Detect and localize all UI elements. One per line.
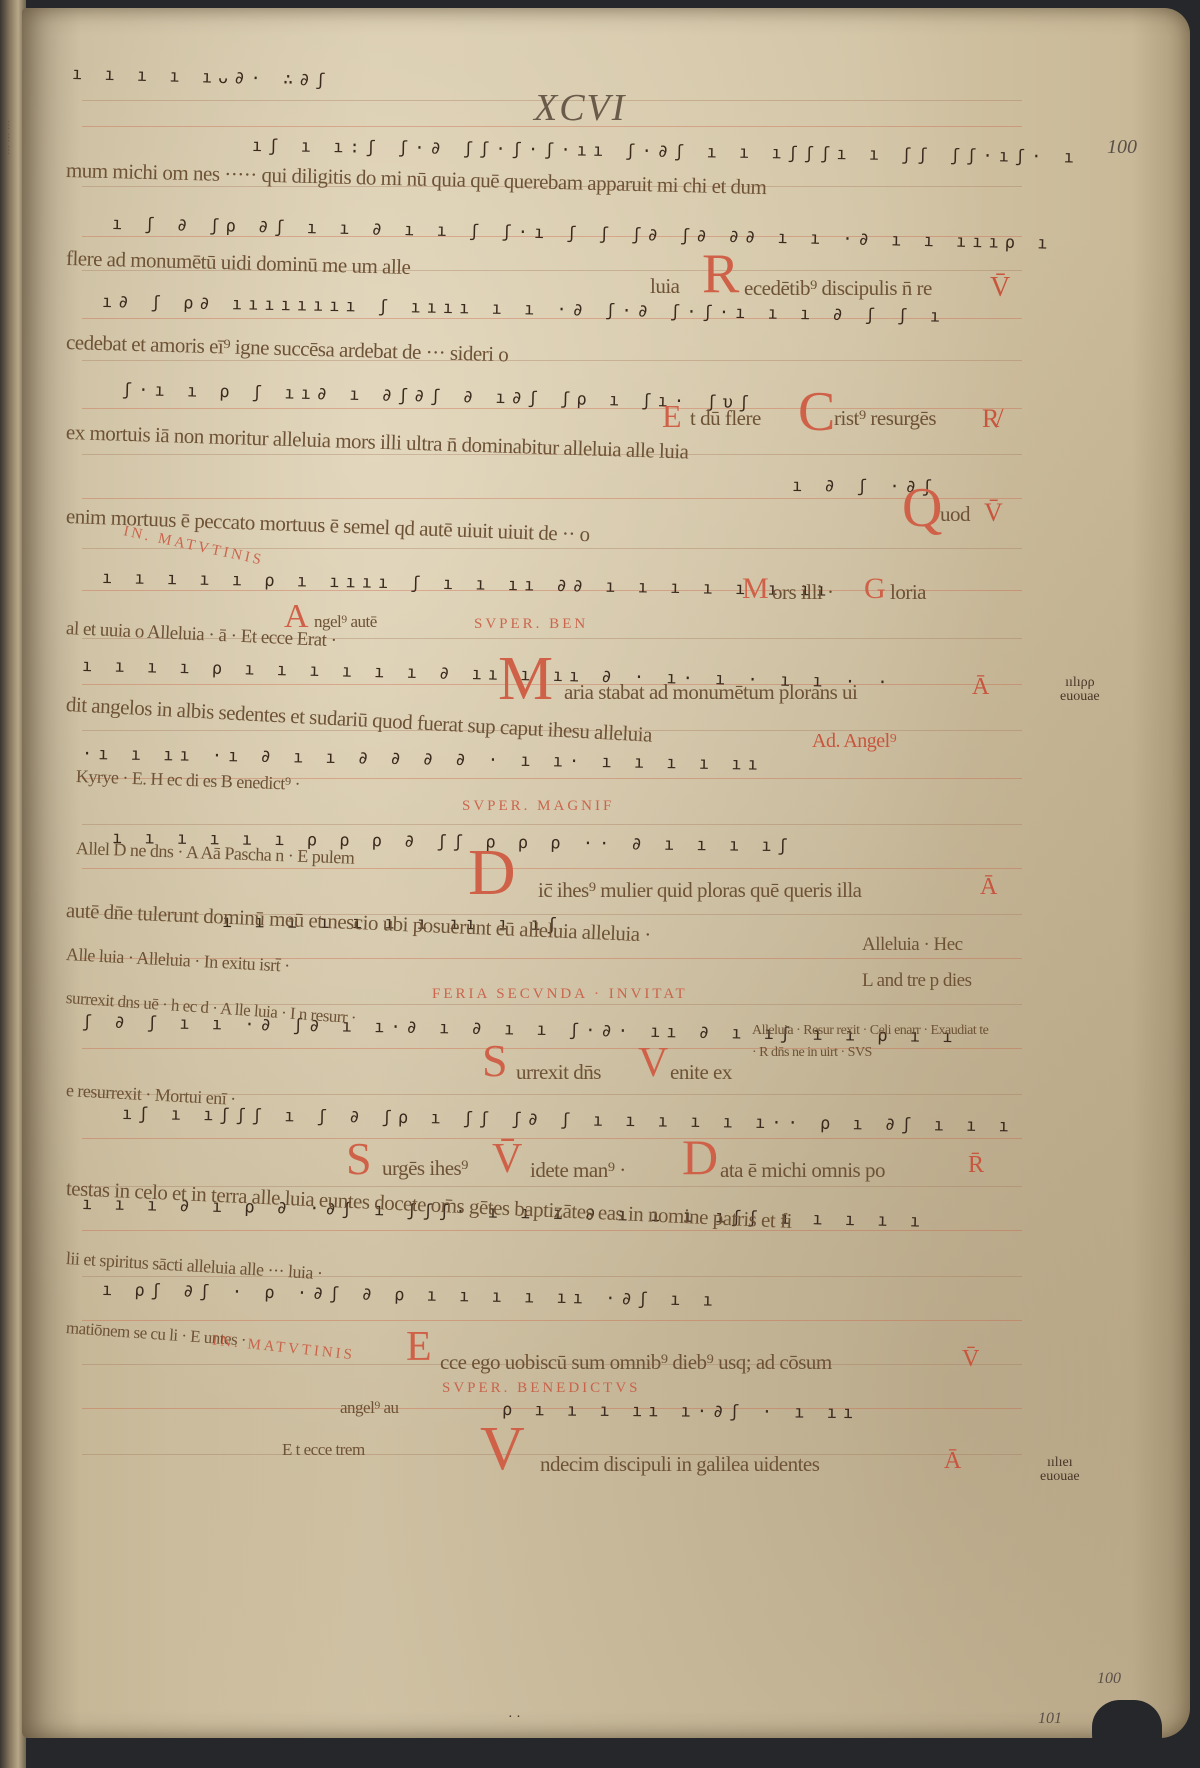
chant-text-line: flere ad monumētū uidi dominū me um alle — [66, 246, 411, 280]
chant-text-fragment: aria stabat ad monumētum plorans ui — [564, 680, 857, 705]
ruling — [82, 498, 1022, 499]
chant-text-fragment: E t ecce trem — [282, 1440, 365, 1460]
chant-text-fragment: luia — [650, 274, 680, 299]
rubricated-initial: G — [864, 574, 886, 604]
evovae-neumes: ıılıρρ — [1060, 676, 1100, 690]
chant-text-fragment: urrexit dn̄s — [516, 1060, 601, 1085]
neume-row: ıʃ ı ı:ʃ ʃ·∂ ʃʃ·ʃ·ʃ·ıı ʃ·∂ʃ ı ı ıʃʃʃı ı … — [252, 136, 1080, 168]
rubric-heading: FERIA SECVNDA · INVITAT — [432, 986, 688, 1003]
manuscript-folio: XCVI 100 100 101 ıılıρρ euouae ıılıeı eu… — [22, 8, 1190, 1738]
neume-row: ı ı ı ı ı ρ ı ıııı ʃ ı ı ıı ∂∂ ı ı ı ı ı… — [102, 568, 833, 601]
rubricated-initial-m: M — [742, 574, 769, 604]
ruling — [82, 360, 1022, 361]
evovae-text: euouae — [1040, 1470, 1080, 1484]
chant-text-fragment: cce ego uobiscū sum omnib⁹ dieb⁹ usq; ad… — [440, 1350, 832, 1375]
chant-text-line: e resurrexit · Mortui enī · — [65, 1080, 236, 1110]
rubric-cue: Ad. Angel⁹ — [812, 730, 896, 753]
rubricated-initial: V — [638, 1042, 668, 1084]
versicle-mark: V̄ — [990, 272, 1010, 304]
chant-text-fragment: uod — [940, 502, 970, 527]
chant-text-fragment: idete man⁹ · — [530, 1158, 626, 1183]
ruling — [82, 824, 1022, 825]
rubricated-initial: D — [468, 840, 516, 906]
neume-row: ıʃ ı ıʃʃʃ ı ʃ ∂ ʃρ ı ʃʃ ʃ∂ ʃ ı ı ı ı ı ı… — [122, 1104, 1015, 1136]
rubricated-initial-e: E — [662, 400, 682, 432]
rubric-heading: SVPER. MAGNIF — [462, 798, 614, 815]
chant-text-fragment: L and tre p dies — [862, 970, 971, 992]
chant-text-line: Alle luia · Alleluia · In exitu isrt̄ · — [65, 944, 290, 977]
responsory-mark: R̸ — [982, 404, 999, 434]
chant-text-fragment: ecedētib⁹ discipulis n̄ re — [744, 276, 932, 301]
ruling — [82, 1138, 1022, 1139]
chant-text-fragment: t dū flere — [690, 406, 761, 431]
rubricated-initial: V̄ — [492, 1138, 522, 1180]
evovae-neumes: ıılıeı — [1040, 1456, 1080, 1470]
ruling — [82, 868, 1022, 869]
antiphon-mark: Ā — [980, 874, 997, 901]
rubricated-initial: C — [798, 384, 835, 440]
chant-text-line: lii et spiritus sācti alleluia alle ··· … — [65, 1248, 323, 1284]
neume-row: ı ρʃ ∂ʃ · ρ ·∂ʃ ∂ ρ ı ı ı ı ıı ·∂ʃ ı ı — [102, 1280, 719, 1311]
chant-text-cues: Alleluia · Resur rexit · Celi enarr · Ex… — [752, 1020, 992, 1064]
chant-text-fragment: ic̄ ihes⁹ mulier quid ploras quē queris … — [538, 878, 862, 903]
neume-row: ρ ı ı ı ıı ı·∂ʃ · ı ıı — [502, 1400, 859, 1423]
versicle-mark: V̄ — [984, 498, 1002, 528]
rubric-heading: SVPER. BEN — [474, 616, 588, 633]
pencil-folio-number-bottom-alt: 101 — [1038, 1710, 1062, 1728]
antiphon-mark: Ā — [944, 1448, 961, 1475]
evovae-text: euouae — [1060, 690, 1100, 704]
roman-folio-number: XCVI — [534, 86, 626, 130]
responsory-mark: R̄ — [968, 1152, 984, 1179]
chant-text-line: mum michi om nes ····· qui diligitis do … — [66, 158, 767, 200]
chant-text-line: autē dn̄e tulerunt dominū meū et nescio … — [65, 898, 651, 947]
chant-text-fragment: urgēs ihes⁹ — [382, 1156, 468, 1181]
chant-text-fragment: angel⁹ au — [340, 1398, 399, 1418]
rubricated-initial: M — [498, 648, 553, 710]
rubricated-initial: S — [482, 1038, 508, 1084]
chant-text-fragment: ndecim discipuli in galilea uidentes — [540, 1452, 819, 1477]
evovae-note: ıılıρρ euouae — [1060, 676, 1100, 704]
rubric-heading: SVPER. BENEDICTVS — [442, 1380, 641, 1397]
chant-text-line: ex mortuis iā non moritur alleluia mors … — [66, 420, 689, 465]
rubricated-initial: Q — [902, 480, 942, 536]
chant-text-fragment: loria — [890, 580, 926, 605]
torn-corner — [1092, 1700, 1162, 1768]
neume-row: ı ı ı ı ıᴗ∂· ∴∂ʃ — [72, 64, 332, 91]
ink-specks: · · — [508, 1710, 521, 1726]
facing-page-text: ··· ··· ··· — [4, 120, 18, 155]
antiphon-mark: Ā — [972, 674, 989, 701]
evovae-note: ıılıeı euouae — [1040, 1456, 1080, 1484]
rubricated-initial: E — [406, 1326, 432, 1368]
chant-text-fragment: Alleluia · Hec — [862, 934, 963, 956]
versicle-mark: V̄ — [962, 1346, 979, 1373]
chant-text-fragment: rist⁹ resurgēs — [834, 406, 936, 431]
neume-row: ı ʃ ∂ ʃρ ∂ʃ ı ı ∂ ı ı ʃ ʃ·ı ʃ ʃ ʃ∂ ʃ∂ ∂∂… — [112, 214, 1054, 254]
chant-text-line: Kyrye · E. H ec di es B enedict⁹ · — [76, 766, 301, 795]
rubric-heading: IN. MATVTINIS — [212, 1333, 356, 1365]
pencil-folio-number-bottom: 100 — [1097, 1670, 1121, 1688]
rubricated-initial: V — [480, 1418, 525, 1480]
rubricated-initial: D — [682, 1132, 718, 1182]
rubricated-initial: R — [702, 246, 739, 302]
chant-text-fragment: ata ē michi omnis po — [720, 1158, 885, 1183]
pencil-folio-number: 100 — [1107, 136, 1137, 159]
chant-text-fragment: ors illi · — [772, 580, 834, 605]
chant-text-fragment: enite ex — [670, 1060, 732, 1085]
chant-text-line: cedebat et amoris eī⁹ igne succēsa ardeb… — [66, 330, 509, 367]
rubricated-initial: S — [346, 1136, 372, 1182]
ruling — [82, 1320, 1022, 1321]
